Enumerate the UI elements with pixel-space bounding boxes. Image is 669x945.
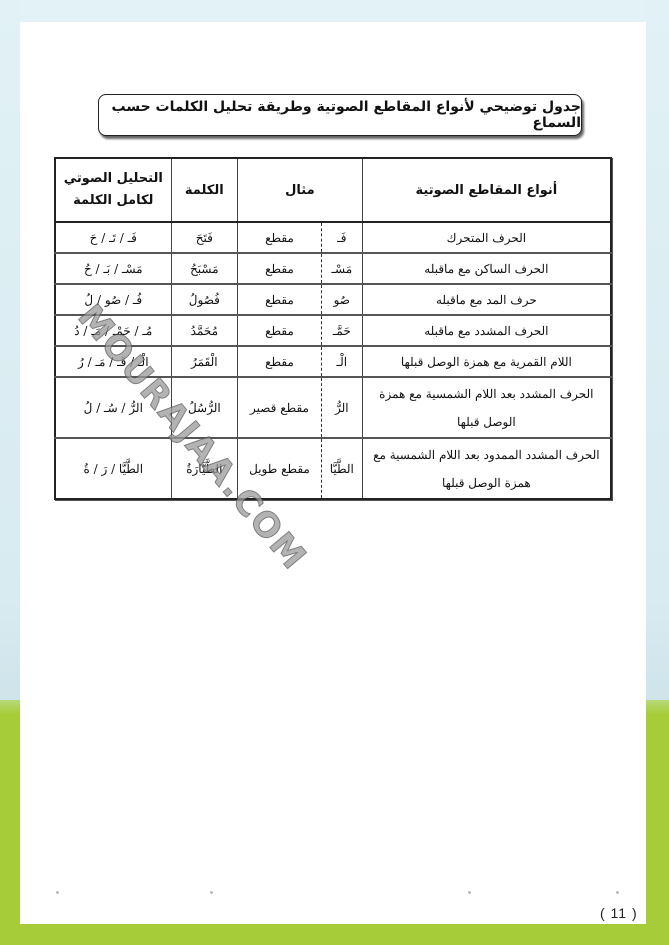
table-row: الحرف الساكن مع ماقبله مَسْـ مقطع مَسْبَ… <box>55 253 611 284</box>
cell-word: الرُّسُلُ <box>171 377 238 438</box>
cell-example-label: مقطع <box>238 253 322 284</box>
cell-word: الطَّيَّارَةُ <box>171 438 238 499</box>
cell-analysis: فُـ / صُو / لُ <box>55 284 171 315</box>
header-phonetic-analysis: التحليل الصوتي لكامل الكلمة <box>55 158 171 222</box>
decorative-dot <box>210 891 213 894</box>
cell-word: فَتَحَ <box>171 222 238 253</box>
cell-example-segment: فَـ <box>321 222 362 253</box>
header-analysis-line1: التحليل الصوتي <box>60 168 167 190</box>
cell-analysis: مَسْـ / بَـ / حُ <box>55 253 171 284</box>
table-row: الحرف المتحرك فَـ مقطع فَتَحَ فَـ / تَـ … <box>55 222 611 253</box>
cell-word: مُحَمَّدُ <box>171 315 238 346</box>
cell-example-label: مقطع <box>238 315 322 346</box>
cell-example-segment: مَسْـ <box>321 253 362 284</box>
header-word: الكلمة <box>171 158 238 222</box>
syllables-table: أنواع المقاطع الصوتية مثال الكلمة التحلي… <box>54 157 612 500</box>
table-row: الحرف المشدد مع ماقبله حَمَّـ مقطع مُحَم… <box>55 315 611 346</box>
header-syllable-types: أنواع المقاطع الصوتية <box>362 158 611 222</box>
background-sky-left <box>0 0 20 700</box>
cell-example-label: مقطع <box>238 346 322 377</box>
cell-example-label: مقطع طويل <box>238 438 322 499</box>
cell-syllable-type: حرف المد مع ماقبله <box>362 284 611 315</box>
cell-example-segment: صُو <box>321 284 362 315</box>
cell-word: فُصُولُ <box>171 284 238 315</box>
cell-analysis: الرُّ / سُـ / لُ <box>55 377 171 438</box>
cell-analysis: فَـ / تَـ / حَ <box>55 222 171 253</box>
cell-example-segment: الْـ <box>321 346 362 377</box>
cell-example-label: مقطع قصير <box>238 377 322 438</box>
cell-example-segment: الطَّيَّا <box>321 438 362 499</box>
cell-word: مَسْبَحُ <box>171 253 238 284</box>
cell-analysis: الْـ / قَـ / مَـ / رُ <box>55 346 171 377</box>
cell-example-label: مقطع <box>238 284 322 315</box>
decorative-dot <box>468 891 471 894</box>
header-analysis-line2: لكامل الكلمة <box>60 190 167 212</box>
cell-syllable-type: الحرف الساكن مع ماقبله <box>362 253 611 284</box>
table-row: الحرف المشدد الممدود بعد اللام الشمسية م… <box>55 438 611 499</box>
table-row: اللام القمرية مع همزة الوصل قبلها الْـ م… <box>55 346 611 377</box>
cell-syllable-type: الحرف المشدد بعد اللام الشمسية مع همزة ا… <box>362 377 611 438</box>
cell-word: الْقَمَرُ <box>171 346 238 377</box>
decorative-dot <box>56 891 59 894</box>
cell-syllable-type: الحرف المشدد الممدود بعد اللام الشمسية م… <box>362 438 611 499</box>
cell-example-label: مقطع <box>238 222 322 253</box>
decorative-dot <box>616 891 619 894</box>
table-row: الحرف المشدد بعد اللام الشمسية مع همزة ا… <box>55 377 611 438</box>
cell-syllable-type: الحرف المشدد مع ماقبله <box>362 315 611 346</box>
header-example: مثال <box>238 158 363 222</box>
table-header-row: أنواع المقاطع الصوتية مثال الكلمة التحلي… <box>55 158 611 222</box>
page-number: ( 11 ) <box>600 905 638 921</box>
cell-syllable-type: الحرف المتحرك <box>362 222 611 253</box>
page-title-text: جدول توضيحي لأنواع المقاطع الصوتية وطريق… <box>99 99 581 131</box>
cell-analysis: مُـ / حَمْـ / مَـ / دُ <box>55 315 171 346</box>
cell-example-segment: الرُّ <box>321 377 362 438</box>
table-row: حرف المد مع ماقبله صُو مقطع فُصُولُ فُـ … <box>55 284 611 315</box>
cell-analysis: الطَّيَّا / رَ / ةُ <box>55 438 171 499</box>
page-title: جدول توضيحي لأنواع المقاطع الصوتية وطريق… <box>98 94 582 136</box>
cell-example-segment: حَمَّـ <box>321 315 362 346</box>
cell-syllable-type: اللام القمرية مع همزة الوصل قبلها <box>362 346 611 377</box>
background-sky-right <box>646 0 669 700</box>
